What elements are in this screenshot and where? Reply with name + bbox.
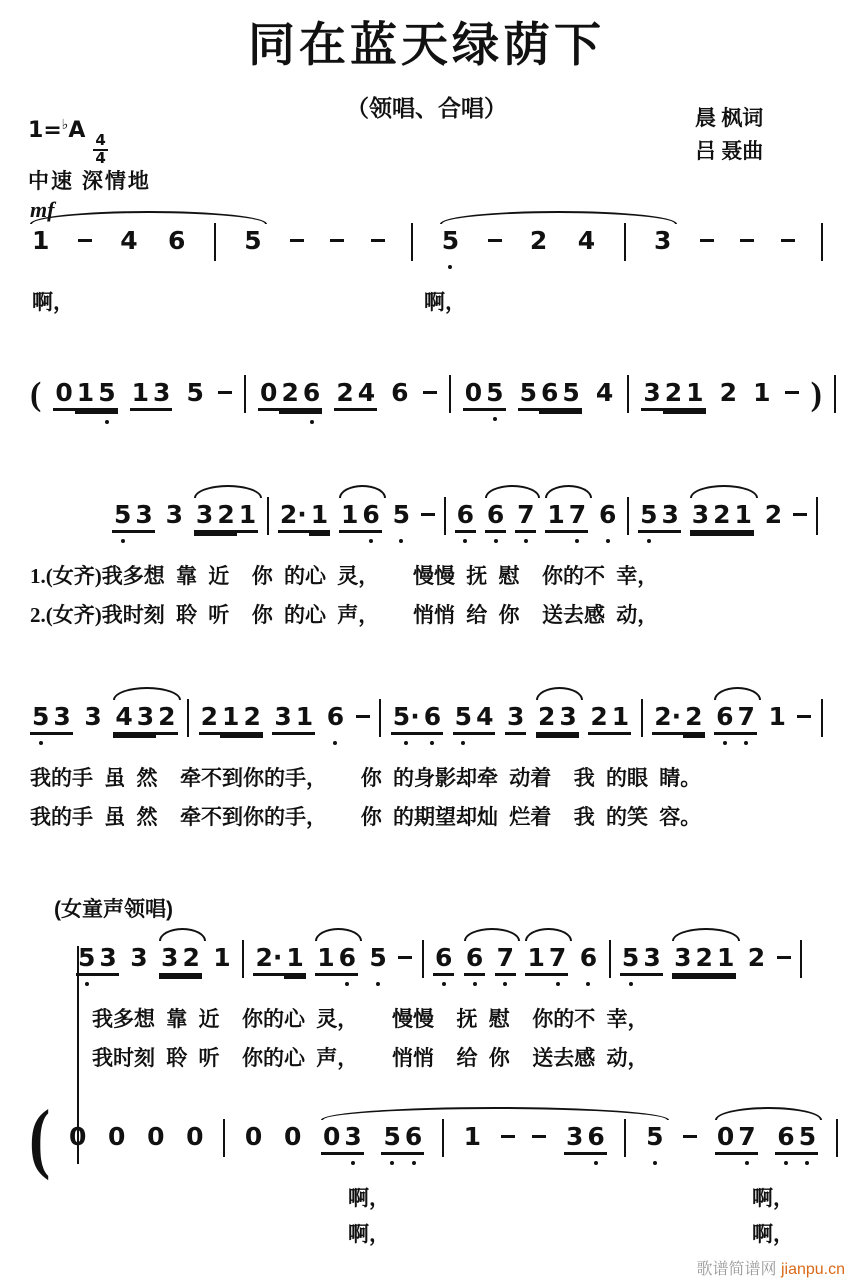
note-4: 4 — [113, 702, 134, 735]
note-cluster: 53 — [76, 943, 119, 976]
note-cluster: 026 — [258, 378, 322, 411]
note-3: 3 — [672, 943, 693, 976]
note-3: 3 — [159, 943, 180, 976]
note-1: 1 — [525, 943, 546, 976]
note-6: 6 — [337, 943, 358, 976]
note-3: 3 — [272, 702, 293, 735]
credits: 晨 枫词 吕 聂曲 — [695, 102, 847, 167]
note-4: 4 — [576, 226, 597, 256]
low-octave-dot — [647, 539, 651, 543]
low-octave-dot — [494, 539, 498, 543]
note-2: 2 — [663, 378, 684, 411]
duration-dash — [218, 391, 232, 394]
note-2: 2 — [763, 500, 784, 530]
duration-dash — [683, 1135, 697, 1138]
low-octave-dot — [351, 1161, 355, 1165]
note-1: 1 — [75, 378, 96, 411]
note-0: 0 — [715, 1122, 736, 1155]
note-cluster: 56 — [381, 1122, 424, 1155]
note-cluster: 53 — [638, 500, 681, 533]
slur — [315, 928, 362, 941]
note-cluster: 65 — [775, 1122, 818, 1155]
note-2: 2 — [279, 378, 300, 411]
duration-dash — [330, 239, 344, 242]
low-octave-dot — [503, 982, 507, 986]
barline — [834, 375, 836, 413]
note-3: 3 — [342, 1122, 363, 1155]
note-0: 0 — [321, 1122, 342, 1155]
note-cluster: 565 — [518, 378, 582, 411]
lyric-line: 2.(女齐)我时刻 聆 听 你 的心 声， 悄悄 给 你 送去感 动， — [30, 599, 823, 638]
note-3: 3 — [82, 702, 103, 732]
slur — [194, 485, 262, 498]
slur — [464, 928, 520, 941]
lyric-text: 啊， — [424, 290, 466, 314]
low-octave-dot — [586, 982, 590, 986]
note-5: 5 — [453, 702, 474, 735]
slur — [485, 485, 540, 498]
slur — [545, 485, 592, 498]
watermark-url: jianpu.cn — [781, 1261, 845, 1278]
note-0: 0 — [184, 1122, 205, 1152]
duration-dash — [421, 513, 435, 516]
staff-system-4-verse: 5334322123165·654323212·2671 我的手 虽 然 牵不到… — [30, 702, 823, 840]
note-1: 1 — [684, 378, 705, 411]
note-3: 3 — [164, 500, 185, 530]
slur — [321, 1107, 669, 1120]
barline — [836, 1119, 838, 1157]
note-3: 3 — [194, 500, 215, 533]
note-5: 5 — [96, 378, 117, 411]
note-1: 1 — [751, 378, 772, 408]
note-1: 1 — [130, 378, 151, 411]
low-octave-dot — [805, 1161, 809, 1165]
note-cluster: 36 — [564, 1122, 607, 1155]
note-3: 3 — [133, 500, 154, 533]
system-left-barline — [77, 946, 79, 1164]
note-cluster: 32 — [159, 943, 202, 976]
note-5: 5 — [367, 943, 388, 973]
note-1: 1 — [766, 702, 787, 732]
note-2: 2 — [241, 702, 262, 735]
notes-row: 5333212·1165667176533212 — [112, 500, 818, 546]
duration-dash — [78, 239, 92, 242]
watermark-site-name: 歌谱简谱网 — [697, 1261, 781, 1278]
note-1: 1 — [462, 1122, 483, 1152]
barline — [821, 223, 823, 261]
lyric-text: 我的手 虽 然 牵不到你的手， 你 的期望却灿 烂着 我 的笑 容。 — [30, 805, 701, 829]
note-7: 7 — [515, 500, 536, 533]
low-octave-dot — [723, 741, 727, 745]
note-1: 1 — [211, 943, 232, 973]
lyric-line: 我时刻 聆 听 你的心 声， 悄悄 给 你 送去感 动， — [30, 1042, 823, 1081]
note-2: 2 — [683, 702, 704, 735]
lyric-text: 1.(女齐)我多想 靠 近 你 的心 灵， 慢慢 抚 慰 你的不 幸， — [30, 564, 658, 588]
staff-system-2-interlude: (01513502624605565432121) — [30, 378, 836, 424]
note-4: 4 — [356, 378, 377, 411]
notes-row: (01513502624605565432121) — [30, 378, 836, 424]
note-1: 1 — [545, 500, 566, 533]
lyric-line: 我多想 靠 近 你的心 灵， 慢慢 抚 慰 你的不 幸， — [30, 1003, 823, 1042]
slur — [672, 928, 740, 941]
note-6: 6 — [301, 378, 322, 411]
note-cluster: 23 — [536, 702, 579, 735]
slur — [113, 687, 181, 700]
barline — [821, 699, 823, 737]
note-5: 5 — [381, 1122, 402, 1155]
note-1: 1 — [339, 500, 360, 533]
slur — [339, 485, 386, 498]
staff-system-6-chorus: (000000035613650765 啊，啊，啊，啊， — [30, 1122, 838, 1254]
note-6: 6 — [714, 702, 735, 735]
note-6: 6 — [422, 702, 443, 735]
lyric-line: 我的手 虽 然 牵不到你的手， 你 的身影却牵 动着 我 的眼 睛。 — [30, 762, 823, 801]
note-4: 4 — [594, 378, 615, 408]
low-octave-dot — [744, 741, 748, 745]
note-cluster: 07 — [715, 1122, 758, 1155]
lyric-line: 啊，啊， — [30, 1218, 838, 1254]
duration-dash — [740, 239, 754, 242]
duration-dash — [797, 715, 811, 718]
barline — [411, 223, 413, 261]
note-3: 3 — [641, 378, 662, 411]
note-5: 5 — [797, 1122, 818, 1155]
notes-row: (000000035613650765 — [30, 1122, 838, 1168]
note-cluster: 321 — [690, 500, 754, 533]
note-2: 2 — [711, 500, 732, 533]
note-5: 5 — [242, 226, 263, 256]
note-2: 2 — [180, 943, 201, 976]
low-octave-dot — [575, 539, 579, 543]
barline — [627, 497, 629, 535]
low-octave-dot — [629, 982, 633, 986]
note-cluster: 13 — [130, 378, 173, 411]
low-octave-dot — [493, 417, 497, 421]
note-6: 6 — [578, 943, 599, 973]
low-octave-dot — [39, 741, 43, 745]
note-5: 5 — [391, 500, 412, 530]
note-7: 7 — [736, 1122, 757, 1155]
low-octave-dot — [524, 539, 528, 543]
low-octave-dot — [556, 982, 560, 986]
note-3: 3 — [505, 702, 526, 735]
low-octave-dot — [121, 539, 125, 543]
slur — [440, 211, 677, 224]
note-5: 5 — [30, 702, 51, 735]
tempo-marking: 中速 深情地 — [28, 165, 151, 195]
staff-system-5-lead-vocal: (女童声领唱) 5333212·1165667176533212 我多想 靠 近… — [30, 893, 823, 1081]
staff-system-1: 14655243 啊，啊， — [30, 226, 823, 325]
barline — [422, 940, 424, 978]
note-5: 5 — [185, 378, 206, 408]
note-3: 3 — [659, 500, 680, 533]
duration-dash — [356, 715, 370, 718]
note-5: 5 — [440, 226, 461, 256]
note-cluster: 5·6 — [391, 702, 443, 735]
note-5: 5 — [560, 378, 581, 411]
low-octave-dot — [333, 741, 337, 745]
note-5: 5 — [638, 500, 659, 533]
low-octave-dot — [399, 539, 403, 543]
low-octave-dot — [606, 539, 610, 543]
note-5: 5 — [644, 1122, 665, 1152]
note-cluster: 31 — [272, 702, 315, 735]
note-cluster: 015 — [53, 378, 117, 411]
note-1: 1 — [309, 500, 330, 533]
note-cluster: 16 — [315, 943, 358, 976]
note-cluster: 2·1 — [253, 943, 305, 976]
note-0: 0 — [282, 1122, 303, 1152]
barline — [816, 497, 818, 535]
note-cluster: 321 — [641, 378, 705, 411]
note-2: 2 — [718, 378, 739, 408]
lyric-line: 我的手 虽 然 牵不到你的手， 你 的期望却灿 烂着 我 的笑 容。 — [30, 801, 823, 840]
duration-dash — [488, 239, 502, 242]
low-octave-dot — [653, 1161, 657, 1165]
note-1: 1 — [284, 943, 305, 976]
barline — [627, 375, 629, 413]
note-6: 6 — [585, 1122, 606, 1155]
notes-row: 14655243 — [30, 226, 823, 272]
note-0: 0 — [145, 1122, 166, 1152]
lyric-line: 1.(女齐)我多想 靠 近 你 的心 灵， 慢慢 抚 慰 你的不 幸， — [30, 560, 823, 599]
barline — [800, 940, 802, 978]
lyric-text: 啊， — [32, 290, 74, 314]
barline — [187, 699, 189, 737]
duration-dash — [793, 513, 807, 516]
note-2: 2 — [215, 500, 236, 533]
note-5: 5 — [112, 500, 133, 533]
note-5: 5 — [620, 943, 641, 976]
low-octave-dot — [448, 265, 452, 269]
note-5: 5· — [391, 702, 422, 735]
note-cluster: 03 — [321, 1122, 364, 1155]
system-brace: ( — [29, 1111, 50, 1165]
low-octave-dot — [463, 539, 467, 543]
note-cluster: 54 — [453, 702, 496, 735]
note-1: 1 — [220, 702, 241, 735]
note-0: 0 — [463, 378, 484, 411]
note-6: 6 — [360, 500, 381, 533]
key-equals: = — [43, 118, 61, 143]
note-cluster: 432 — [113, 702, 177, 735]
barline — [449, 375, 451, 413]
watermark: 歌谱简谱网 jianpu.cn — [697, 1256, 846, 1279]
note-cluster: 321 — [672, 943, 736, 976]
note-1: 1 — [715, 943, 736, 976]
note-2: 2 — [199, 702, 220, 735]
key-scale: 1 — [28, 118, 43, 143]
duration-dash — [781, 239, 795, 242]
note-6: 6 — [775, 1122, 796, 1155]
duration-dash — [290, 239, 304, 242]
lyric-text: 我多想 靠 近 你的心 灵， 慢慢 抚 慰 你的不 幸， — [92, 1007, 649, 1031]
key-letter: A — [68, 118, 85, 143]
low-octave-dot — [461, 741, 465, 745]
note-0: 0 — [106, 1122, 127, 1152]
low-octave-dot — [430, 741, 434, 745]
composer-credit: 吕 聂曲 — [695, 135, 847, 168]
note-6: 6 — [455, 500, 476, 533]
slur — [690, 485, 758, 498]
note-7: 7 — [567, 500, 588, 533]
staff-system-3-verse: 5333212·1165667176533212 1.(女齐)我多想 靠 近 你… — [30, 500, 823, 638]
slur — [715, 1107, 822, 1120]
low-octave-dot — [442, 982, 446, 986]
low-octave-dot — [85, 982, 89, 986]
lyric-text: 我时刻 聆 听 你的心 声， 悄悄 给 你 送去感 动， — [92, 1046, 649, 1070]
note-3: 3 — [564, 1122, 585, 1155]
barline — [624, 223, 626, 261]
note-1: 1 — [294, 702, 315, 735]
note-2: 2 — [528, 226, 549, 256]
sheet-music-page: 同在蓝天绿荫下 （领唱、合唱） 晨 枫词 吕 聂曲 1=♭A44 中速 深情地 … — [0, 0, 853, 1285]
note-4: 4 — [118, 226, 139, 256]
barline — [609, 940, 611, 978]
duration-dash — [777, 956, 791, 959]
note-5: 5 — [518, 378, 539, 411]
low-octave-dot — [412, 1161, 416, 1165]
note-6: 6 — [597, 500, 618, 530]
lyric-text: 啊， — [752, 1186, 794, 1210]
note-2: 2 — [588, 702, 609, 735]
note-cluster: 17 — [545, 500, 588, 533]
note-cluster: 21 — [588, 702, 631, 735]
note-cluster: 53 — [620, 943, 663, 976]
lyric-text: 我的手 虽 然 牵不到你的手， 你 的身影却牵 动着 我 的眼 睛。 — [30, 766, 701, 790]
slur — [30, 211, 267, 224]
note-6: 6 — [389, 378, 410, 408]
note-4: 4 — [474, 702, 495, 735]
lyric-text: 啊， — [752, 1222, 794, 1246]
barline — [641, 699, 643, 737]
note-2: 2 — [334, 378, 355, 411]
note-1: 1 — [30, 226, 51, 256]
duration-dash — [423, 391, 437, 394]
note-7: 7 — [547, 943, 568, 976]
lyric-text: 啊， — [348, 1222, 390, 1246]
note-cluster: 321 — [194, 500, 258, 533]
duration-dash — [371, 239, 385, 242]
lyric-line: 啊，啊， — [30, 286, 823, 325]
note-0: 0 — [243, 1122, 264, 1152]
time-signature: 44 — [93, 133, 107, 167]
low-octave-dot — [594, 1161, 598, 1165]
note-6: 6 — [539, 378, 560, 411]
note-3: 3 — [128, 943, 149, 973]
note-cluster: 05 — [463, 378, 506, 411]
note-7: 7 — [736, 702, 757, 735]
section-label: (女童声领唱) — [54, 893, 823, 923]
low-octave-dot — [473, 982, 477, 986]
slur — [714, 687, 761, 700]
note-2: 2· — [253, 943, 284, 976]
note-1: 1 — [733, 500, 754, 533]
note-2: 2· — [652, 702, 683, 735]
note-1: 1 — [610, 702, 631, 735]
note-cluster: 53 — [30, 702, 73, 735]
note-5: 5 — [484, 378, 505, 411]
slur — [159, 928, 206, 941]
notes-row: 5334322123165·654323212·2671 — [30, 702, 823, 748]
note-3: 3 — [97, 943, 118, 976]
lyricist-credit: 晨 枫词 — [695, 102, 847, 135]
slur — [525, 928, 572, 941]
duration-dash — [501, 1135, 515, 1138]
barline — [379, 699, 381, 737]
note-3: 3 — [641, 943, 662, 976]
note-0: 0 — [53, 378, 74, 411]
low-octave-dot — [404, 741, 408, 745]
note-6: 6 — [403, 1122, 424, 1155]
low-octave-dot — [310, 420, 314, 424]
note-cluster: 53 — [112, 500, 155, 533]
note-3: 3 — [51, 702, 72, 735]
note-cluster: 17 — [525, 943, 568, 976]
note-6: 6 — [325, 702, 346, 732]
parenthesis: ( — [30, 378, 41, 412]
note-5: 5 — [76, 943, 97, 976]
low-octave-dot — [369, 539, 373, 543]
note-3: 3 — [690, 500, 711, 533]
note-6: 6 — [166, 226, 187, 256]
lyric-text: 2.(女齐)我时刻 聆 听 你 的心 声， 悄悄 给 你 送去感 动， — [30, 603, 658, 627]
note-0: 0 — [258, 378, 279, 411]
note-6: 6 — [433, 943, 454, 976]
low-octave-dot — [105, 420, 109, 424]
song-title: 同在蓝天绿荫下 — [0, 8, 853, 75]
note-cluster: 2·1 — [278, 500, 330, 533]
note-3: 3 — [557, 702, 578, 735]
duration-dash — [532, 1135, 546, 1138]
duration-dash — [785, 391, 799, 394]
note-2: 2 — [156, 702, 177, 735]
low-octave-dot — [390, 1161, 394, 1165]
note-cluster: 67 — [714, 702, 757, 735]
notes-row: 5333212·1165667176533212 — [76, 943, 802, 989]
barline — [442, 1119, 444, 1157]
note-7: 7 — [495, 943, 516, 976]
parenthesis: ) — [811, 378, 822, 412]
key-signature: 1=♭A44 — [28, 117, 108, 167]
note-6: 6 — [485, 500, 506, 533]
lyric-line: 啊，啊， — [30, 1182, 838, 1218]
note-cluster: 24 — [334, 378, 377, 411]
note-cluster: 2·2 — [652, 702, 704, 735]
low-octave-dot — [376, 982, 380, 986]
note-cluster: 212 — [199, 702, 263, 735]
low-octave-dot — [784, 1161, 788, 1165]
note-6: 6 — [464, 943, 485, 976]
barline — [444, 497, 446, 535]
note-3: 3 — [652, 226, 673, 256]
note-3: 3 — [135, 702, 156, 735]
duration-dash — [398, 956, 412, 959]
duration-dash — [700, 239, 714, 242]
barline — [267, 497, 269, 535]
low-octave-dot — [745, 1161, 749, 1165]
note-2: 2· — [278, 500, 309, 533]
note-3: 3 — [151, 378, 172, 411]
note-2: 2 — [536, 702, 557, 735]
barline — [244, 375, 246, 413]
note-1: 1 — [237, 500, 258, 533]
note-cluster: 16 — [339, 500, 382, 533]
note-2: 2 — [746, 943, 767, 973]
lyric-text: 啊， — [348, 1186, 390, 1210]
slur — [536, 687, 583, 700]
barline — [214, 223, 216, 261]
